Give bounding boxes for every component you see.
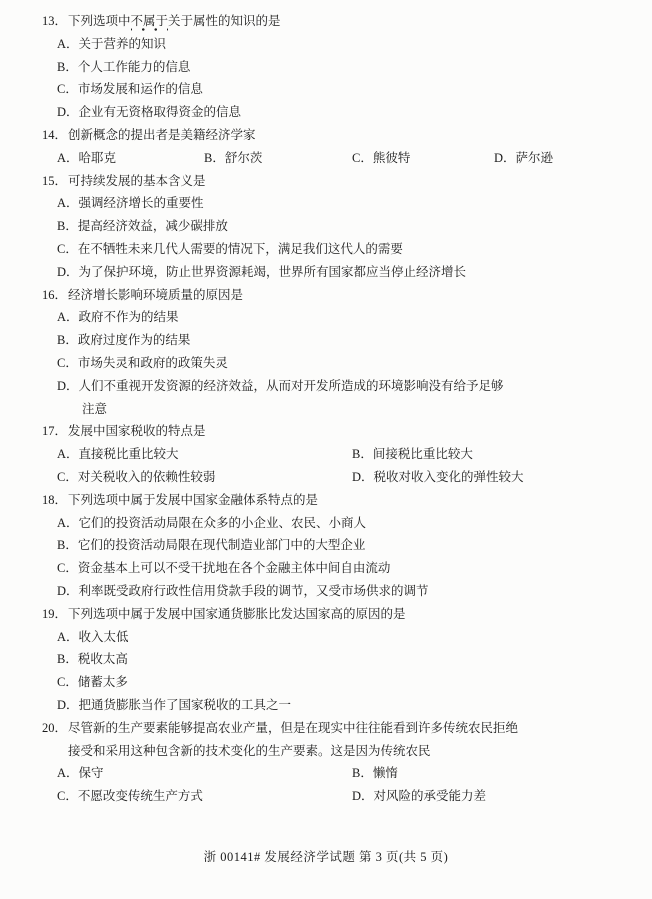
question-14-stem-line: 14． 创新概念的提出者是美籍经济学家: [42, 124, 652, 147]
question-stem: 可持续发展的基本含义是: [68, 170, 652, 193]
page-footer: 浙 00141# 发展经济学试题 第 3 页(共 5 页): [0, 846, 652, 869]
option-d: D．企业有无资格取得资金的信息: [57, 101, 652, 124]
option-a: A．关于营养的知识: [57, 33, 652, 56]
question-20-stem-line: 20． 尽管新的生产要素能够提高农业产量，但是在现实中往往能看到许多传统农民拒绝…: [42, 717, 652, 763]
option-c: C．不愿改变传统生产方式: [57, 785, 352, 808]
option-a: A．政府不作为的结果: [57, 306, 652, 329]
option-b: B．懒惰: [352, 762, 398, 785]
option-c: C．市场失灵和政府的政策失灵: [57, 352, 652, 375]
options-list: A．它们的投资活动局限在众多的小企业、农民、小商人 B．它们的投资活动局限在现代…: [42, 512, 652, 603]
question-17-stem-line: 17． 发展中国家税收的特点是: [42, 420, 652, 443]
question-14: 14． 创新概念的提出者是美籍经济学家 A．哈耶克 B．舒尔茨 C．熊彼特 D．…: [0, 124, 652, 170]
option-a: A．收入太低: [57, 626, 652, 649]
option-d: D．把通货膨胀当作了国家税收的工具之一: [57, 694, 652, 717]
option-c: C．对关税收入的依赖性较弱: [57, 466, 352, 489]
option-c: C．资金基本上可以不受干扰地在各个金融主体中间自由流动: [57, 557, 652, 580]
option-b: B．提高经济效益，减少碳排放: [57, 215, 652, 238]
question-number: 17．: [42, 420, 68, 443]
question-19: 19． 下列选项中属于发展中国家通货膨胀比发达国家高的原因的是 A．收入太低 B…: [0, 603, 652, 717]
options-list: A．政府不作为的结果 B．政府过度作为的结果 C．市场失灵和政府的政策失灵 D．…: [42, 306, 652, 420]
option-b: B．它们的投资活动局限在现代制造业部门中的大型企业: [57, 534, 652, 557]
question-18: 18． 下列选项中属于发展中国家金融体系特点的是 A．它们的投资活动局限在众多的…: [0, 489, 652, 603]
stem-text: 关于属性的知识的是: [168, 14, 281, 28]
options-list: A．保守 B．懒惰 C．不愿改变传统生产方式 D．对风险的承受能力差: [42, 762, 652, 808]
question-17: 17． 发展中国家税收的特点是 A．直接税比重比较大 B．间接税比重比较大 C．…: [0, 420, 652, 488]
options-list: A．关于营养的知识 B．个人工作能力的信息 C．市场发展和运作的信息 D．企业有…: [42, 33, 652, 124]
question-19-stem-line: 19． 下列选项中属于发展中国家通货膨胀比发达国家高的原因的是: [42, 603, 652, 626]
option-a: A．直接税比重比较大: [57, 443, 352, 466]
options-list: A．收入太低 B．税收太高 C．储蓄太多 D．把通货膨胀当作了国家税收的工具之一: [42, 626, 652, 717]
options-list: A．强调经济增长的重要性 B．提高经济效益，减少碳排放 C．在不牺牲未来几代人需…: [42, 192, 652, 283]
question-number: 19．: [42, 603, 68, 626]
option-c: C．市场发展和运作的信息: [57, 78, 652, 101]
option-b: B．间接税比重比较大: [352, 443, 473, 466]
question-15: 15． 可持续发展的基本含义是 A．强调经济增长的重要性 B．提高经济效益，减少…: [0, 170, 652, 284]
option-a: A．保守: [57, 762, 352, 785]
question-stem: 下列选项中不属于关于属性的知识的是: [68, 10, 652, 33]
options-row: A．哈耶克 B．舒尔茨 C．熊彼特 D．萨尔逊: [57, 147, 652, 170]
option-c: C．在不牺牲未来几代人需要的情况下，满足我们这代人的需要: [57, 238, 652, 261]
option-b: B．政府过度作为的结果: [57, 329, 652, 352]
question-number: 13．: [42, 10, 68, 33]
question-16-stem-line: 16． 经济增长影响环境质量的原因是: [42, 284, 652, 307]
question-13: 13． 下列选项中不属于关于属性的知识的是 A．关于营养的知识 B．个人工作能力…: [0, 10, 652, 124]
question-18-stem-line: 18． 下列选项中属于发展中国家金融体系特点的是: [42, 489, 652, 512]
option-d: D．萨尔逊: [494, 147, 553, 170]
option-d-continuation: 注意: [57, 398, 652, 421]
question-stem: 发展中国家税收的特点是: [68, 420, 652, 443]
question-20: 20． 尽管新的生产要素能够提高农业产量，但是在现实中往往能看到许多传统农民拒绝…: [0, 717, 652, 808]
question-stem: 尽管新的生产要素能够提高农业产量，但是在现实中往往能看到许多传统农民拒绝 接受和…: [68, 717, 652, 763]
options-row: A．保守 B．懒惰: [57, 762, 652, 785]
option-d: D．人们不重视开发资源的经济效益，从而对开发所造成的环境影响没有给予足够 注意: [57, 375, 652, 421]
option-b: B．税收太高: [57, 648, 652, 671]
options-list: A．哈耶克 B．舒尔茨 C．熊彼特 D．萨尔逊: [42, 147, 652, 170]
question-number: 20．: [42, 717, 68, 763]
question-number: 16．: [42, 284, 68, 307]
options-row: C．对关税收入的依赖性较弱 D．税收对收入变化的弹性较大: [57, 466, 652, 489]
option-b: B．个人工作能力的信息: [57, 56, 652, 79]
option-a: A．强调经济增长的重要性: [57, 192, 652, 215]
stem-line-1: 尽管新的生产要素能够提高农业产量，但是在现实中往往能看到许多传统农民拒绝: [68, 717, 652, 740]
emphasized-text: 不属于: [131, 14, 169, 31]
option-c: C．熊彼特: [352, 147, 494, 170]
option-d: D．为了保护环境，防止世界资源耗竭，世界所有国家都应当停止经济增长: [57, 261, 652, 284]
question-16: 16． 经济增长影响环境质量的原因是 A．政府不作为的结果 B．政府过度作为的结…: [0, 284, 652, 421]
option-d: D．利率既受政府行政性信用贷款手段的调节，又受市场供求的调节: [57, 580, 652, 603]
question-number: 14．: [42, 124, 68, 147]
option-c: C．储蓄太多: [57, 671, 652, 694]
option-a: A．它们的投资活动局限在众多的小企业、农民、小商人: [57, 512, 652, 535]
question-number: 18．: [42, 489, 68, 512]
stem-text: 下列选项中: [68, 14, 131, 28]
option-d: D．对风险的承受能力差: [352, 785, 486, 808]
option-a: A．哈耶克: [57, 147, 204, 170]
option-d-line1: D．人们不重视开发资源的经济效益，从而对开发所造成的环境影响没有给予足够: [57, 375, 652, 398]
options-row: A．直接税比重比较大 B．间接税比重比较大: [57, 443, 652, 466]
stem-line-2: 接受和采用这种包含新的技术变化的生产要素。这是因为传统农民: [68, 740, 652, 763]
question-stem: 下列选项中属于发展中国家通货膨胀比发达国家高的原因的是: [68, 603, 652, 626]
option-d: D．税收对收入变化的弹性较大: [352, 466, 524, 489]
question-13-stem-line: 13． 下列选项中不属于关于属性的知识的是: [42, 10, 652, 33]
question-stem: 经济增长影响环境质量的原因是: [68, 284, 652, 307]
question-stem: 下列选项中属于发展中国家金融体系特点的是: [68, 489, 652, 512]
question-number: 15．: [42, 170, 68, 193]
options-list: A．直接税比重比较大 B．间接税比重比较大 C．对关税收入的依赖性较弱 D．税收…: [42, 443, 652, 489]
exam-page: 13． 下列选项中不属于关于属性的知识的是 A．关于营养的知识 B．个人工作能力…: [0, 0, 652, 899]
question-stem: 创新概念的提出者是美籍经济学家: [68, 124, 652, 147]
options-row: C．不愿改变传统生产方式 D．对风险的承受能力差: [57, 785, 652, 808]
option-b: B．舒尔茨: [204, 147, 352, 170]
question-15-stem-line: 15． 可持续发展的基本含义是: [42, 170, 652, 193]
